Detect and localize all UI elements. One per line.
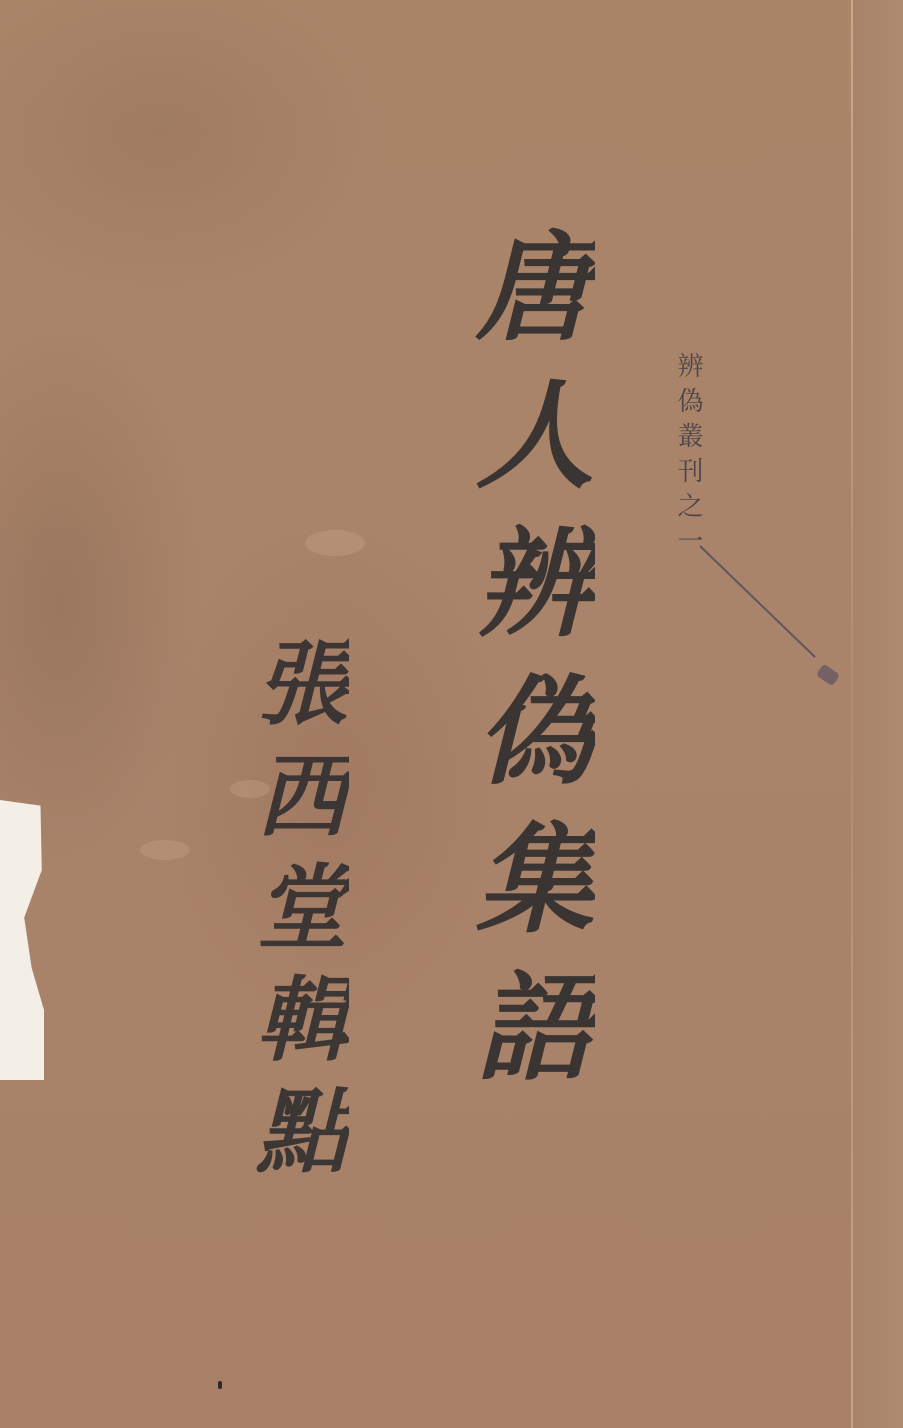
book-cover [0, 0, 903, 1428]
paper-stain [140, 840, 190, 860]
book-title: 唐人辨偽集語 [455, 225, 595, 1113]
author-line: 張西堂輯點 [240, 635, 350, 1195]
spine-edge [852, 0, 903, 1428]
series-label: 辨偽叢刊之一 [672, 352, 704, 562]
fold-line [851, 0, 853, 1428]
ink-speck [218, 1381, 222, 1389]
paper-stain [305, 530, 365, 556]
